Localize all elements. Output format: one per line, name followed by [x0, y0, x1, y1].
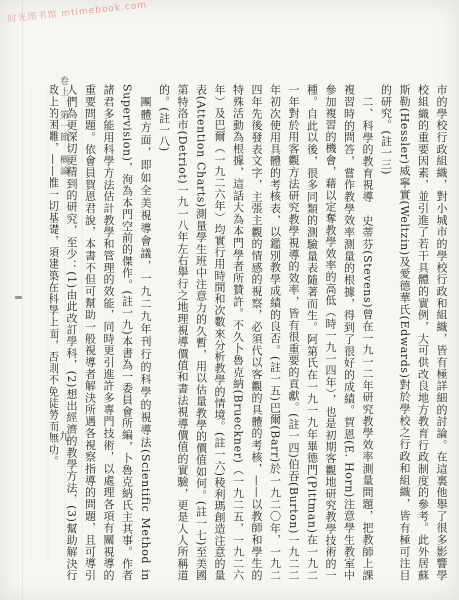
scanned-book-page: 时光图书馆 mtimebook.com 市的學校行政組織，對小城市的學校行政和組… — [0, 0, 459, 600]
margin-caption-volume: 卷上 — [58, 76, 68, 98]
margin-caption: 卷上第一節概論 — [57, 76, 70, 336]
body-paragraph: 市的學校行政組織，對小城市的學校行政和組織，皆有極詳細的討論。在這裏他舉了很多影… — [376, 84, 450, 581]
vertical-text-block: 市的學校行政組織，對小城市的學校行政和組織，皆有極詳細的討論。在這裏他舉了很多影… — [50, 84, 450, 581]
margin-caption-chapter: 概論 — [58, 155, 68, 177]
page-gutter-line — [22, 0, 23, 600]
scan-artifact — [15, 296, 22, 299]
library-watermark: 时光图书馆 mtimebook.com — [7, 0, 148, 25]
body-paragraph: 二、科學的教育視導 史蒂芬(Stevens)曾在一九一二年研究教學效率測量問題，… — [154, 84, 376, 581]
page-number: 九 — [59, 428, 69, 443]
margin-caption-section: 第一節 — [58, 110, 68, 143]
